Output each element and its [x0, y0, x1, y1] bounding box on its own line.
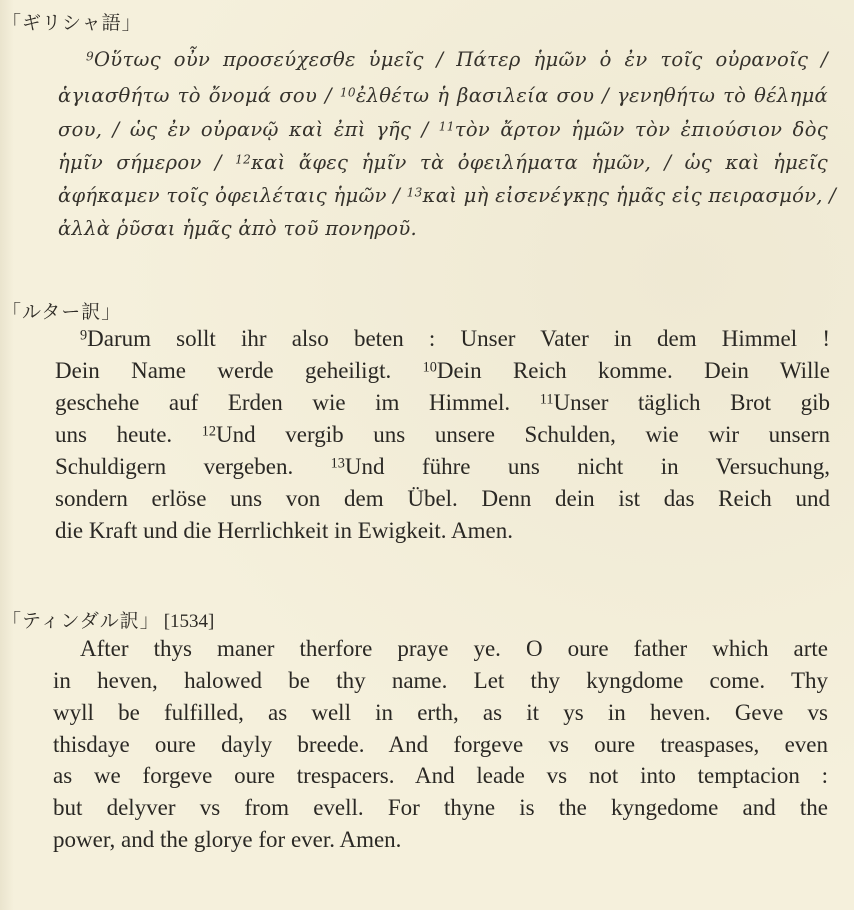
greek-line-4: ἡμῖν σήμερον / 12καὶ ἄφες ἡμῖν τὰ ὀφειλή…	[58, 151, 828, 174]
luther-line-3: geschehe auf Erden wie im Himmel. 11Unse…	[55, 390, 830, 416]
greek-line-5: ἀφήκαμεν τοῖς ὀφειλέταις ἡμῶν / 13καὶ μὴ…	[58, 184, 828, 207]
greek-line-2: ἁγιασθήτω τὸ ὄνομά σου / 10ἐλθέτω ἡ βασι…	[58, 84, 828, 107]
verse-number: 13	[407, 186, 423, 200]
verse-number: 12	[235, 153, 251, 167]
tyndale-line-2: in heven, halowed be thy name. Let thy k…	[53, 668, 828, 694]
section-heading-tyndale: 「ティンダル訳」[1534]	[2, 606, 214, 633]
greek-line-3: σου, / ὡς ἐν οὐρανῷ καὶ ἐπὶ γῆς / 11τὸν …	[58, 118, 828, 141]
tyndale-line-7: power, and the glorye for ever. Amen.	[53, 827, 828, 853]
verse-number: 12	[202, 424, 216, 440]
luther-line-1: 9Darum sollt ihr also beten : Unser Vate…	[80, 326, 830, 352]
luther-line-5: Schuldigern vergeben. 13Und führe uns ni…	[55, 454, 830, 480]
scanned-book-page: 「ギリシャ語」 9Οὕτως οὖν προσεύχεσθε ὑμεῖς / Π…	[0, 0, 854, 910]
greek-line-6: ἀλλὰ ῥῦσαι ἡμᾶς ἀπὸ τοῦ πονηροῦ.	[58, 217, 828, 240]
tyndale-line-5: as we forgeve oure trespacers. And leade…	[53, 763, 828, 789]
verse-number: 11	[439, 120, 455, 134]
greek-line-1: 9Οὕτως οὖν προσεύχεσθε ὑμεῖς / Πάτερ ἡμῶ…	[86, 48, 828, 71]
luther-line-4: uns heute. 12Und vergib uns unsere Schul…	[55, 422, 830, 448]
luther-line-7: die Kraft und die Herrlichkeit in Ewigke…	[55, 518, 830, 544]
luther-line-6: sondern erlöse uns von dem Übel. Denn de…	[55, 486, 830, 512]
verse-number: 11	[540, 392, 554, 408]
verse-number: 10	[423, 360, 437, 376]
section-heading-luther: 「ルター訳」	[2, 297, 121, 324]
luther-line-2: Dein Name werde geheiligt. 10Dein Reich …	[55, 358, 830, 384]
tyndale-line-4: thisdaye oure dayly breede. And forgeve …	[53, 732, 828, 758]
tyndale-line-3: wyll be fulfilled, as well in erth, as i…	[53, 700, 828, 726]
verse-number: 10	[340, 86, 356, 100]
tyndale-line-1: After thys maner therfore praye ye. O ou…	[80, 636, 828, 662]
verse-number: 9	[86, 50, 94, 64]
year-label: [1534]	[164, 611, 215, 632]
section-heading-greek: 「ギリシャ語」	[2, 8, 142, 35]
tyndale-line-6: but delyver vs from evell. For thyne is …	[53, 795, 828, 821]
verse-number: 13	[331, 456, 345, 472]
